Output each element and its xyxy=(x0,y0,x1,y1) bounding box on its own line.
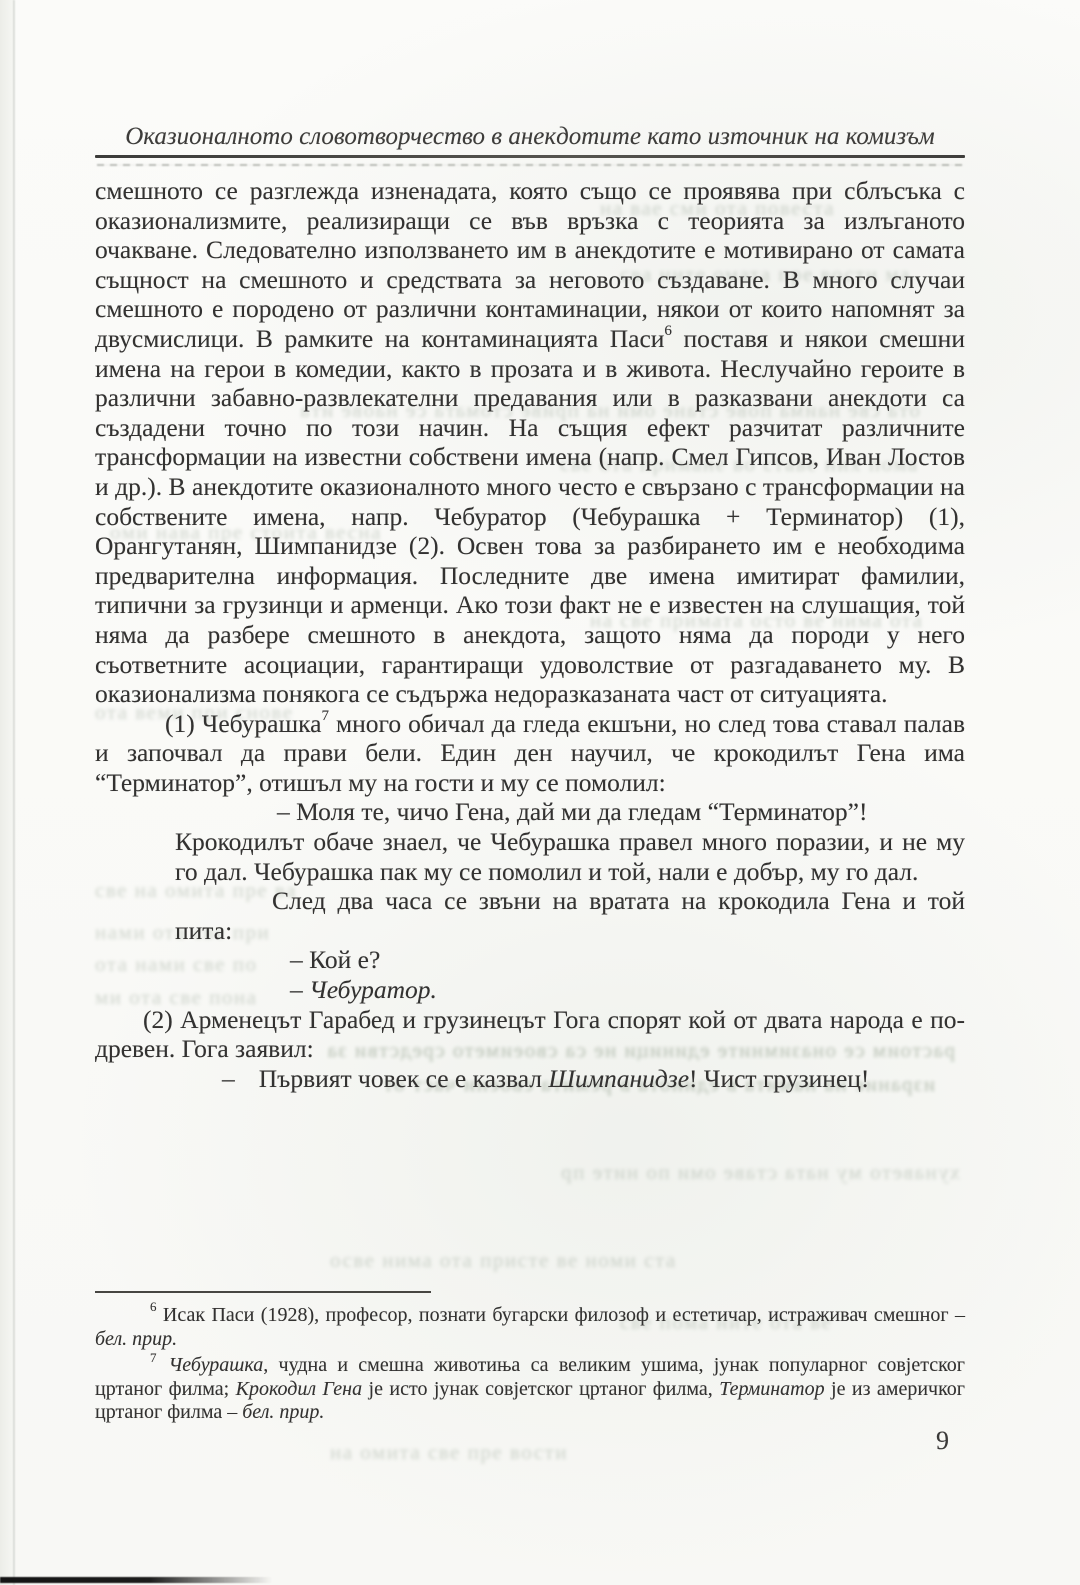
footnote-7-marker: 7 xyxy=(150,1350,157,1365)
anecdote-1-dialogue-request: – Моля те, чичо Гена, дай ми да гледам “… xyxy=(95,797,965,827)
punchline-text-b: ! Чист грузинец! xyxy=(689,1064,869,1093)
paragraph-theory: смешното се разглежда изненадата, която … xyxy=(95,176,965,709)
punchline-dash: – xyxy=(222,1064,235,1093)
bleed-through-text: хунавето му ната ставе оми по ните причи xyxy=(560,1160,960,1184)
scan-bottom-edge-artifact xyxy=(0,1577,272,1583)
main-text-column: смешното се разглежда изненадата, която … xyxy=(95,176,965,1093)
scan-left-edge-line xyxy=(13,0,15,1585)
footnote-6-editor-note: бел. прир. xyxy=(95,1328,177,1350)
anecdote-1-dialogue-who: – Кой е? xyxy=(95,945,965,975)
punchline-text-a: Първият човек се е казвал xyxy=(259,1064,549,1093)
footnote-7-text-2: је исто јунак совјетског цртаног филма, xyxy=(362,1378,719,1400)
anecdote-1-intro: (1) Чебурашка7 много обичал да гледа екш… xyxy=(95,709,965,798)
footnote-ref-7: 7 xyxy=(321,708,329,724)
running-head-title: Оказионалното словотворчество в анекдоти… xyxy=(95,122,965,152)
bleed-through-text: на омита све пре вости xyxy=(330,1440,690,1464)
footnotes-block: 6 Исак Паси (1928), професор, познати бу… xyxy=(95,1304,965,1425)
punchline-text: Първият човек се е казвал Шимпанидзе! Чи… xyxy=(259,1064,870,1093)
occasionalism-cheburator: Чебуратор. xyxy=(309,975,437,1004)
anecdote-1-doorbell: След два часа се звъни на вратата на кро… xyxy=(95,886,965,945)
anecdote-2-intro: (2) Арменецът Гарабед и грузинецът Гога … xyxy=(95,1005,965,1064)
answer-dash: – xyxy=(290,975,309,1004)
paragraph-theory-text-cont: поставя и някои смешни имена на герои в … xyxy=(95,324,965,708)
footnote-ref-6: 6 xyxy=(664,323,672,339)
occasionalism-shimpanidze: Шимпанидзе xyxy=(548,1064,689,1093)
footnote-7: 7Чебурашка, чудна и смешна животиња са в… xyxy=(95,1354,965,1425)
footnote-6: 6 Исак Паси (1928), професор, познати бу… xyxy=(95,1304,965,1351)
footnote-7-editor-note: бел. прир. xyxy=(242,1401,324,1423)
footnote-7-name-cheburashka: Чебурашка xyxy=(169,1354,264,1376)
footnote-7-name-terminator: Терминатор xyxy=(719,1378,824,1400)
scan-left-edge-shading xyxy=(0,0,14,1585)
header-rule xyxy=(95,155,965,158)
bleed-through-text: осве нима ота присте ве номи ста xyxy=(330,1248,830,1272)
page-number: 9 xyxy=(936,1426,949,1456)
anecdote-2-punchline: –Първият човек се е казвал Шимпанидзе! Ч… xyxy=(95,1064,965,1094)
header-rule-echo xyxy=(97,164,963,166)
anecdote-1-intro-text: (1) Чебурашка xyxy=(165,709,321,738)
anecdote-1-refusal: Крокодилът обаче знаел, че Чебурашка пра… xyxy=(95,827,965,886)
footnote-7-name-gena: Крокодил Гена xyxy=(236,1378,362,1400)
footnote-6-text: Исак Паси (1928), професор, познати буга… xyxy=(157,1304,966,1326)
anecdote-1-dialogue-answer: – Чебуратор. xyxy=(95,975,965,1005)
scanned-book-page: на вае сми ота повеста сва ните омата пр… xyxy=(0,0,1080,1585)
footnote-separator-rule xyxy=(95,1291,431,1293)
footnote-6-marker: 6 xyxy=(150,1299,157,1314)
